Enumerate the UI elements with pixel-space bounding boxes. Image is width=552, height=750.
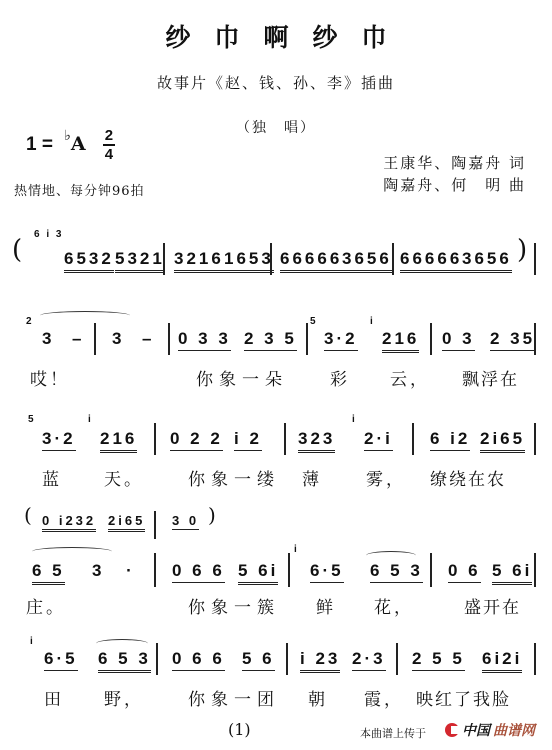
note-group: 6·5 — [310, 561, 344, 583]
grace-note: i — [294, 545, 297, 555]
note-group: 6532 — [64, 249, 114, 273]
accompaniment-notes: 3 0 — [172, 513, 199, 530]
key-equals: = — [42, 134, 53, 155]
logo-icon — [445, 723, 459, 737]
staff-line-3: 5 3·2 i 216 0 2 2 i 2 323 i 2·i 6 i2 2i6… — [12, 405, 540, 500]
staff-line-5: i 6·5 6 5 3 0 6 6 5 6 i 23 2·3 2 5 5 6i2… — [12, 625, 540, 720]
note-group: 6 5 3 — [98, 649, 151, 673]
grace-note: i — [352, 415, 355, 425]
note-group: 5 6i — [492, 561, 532, 585]
barline — [94, 323, 96, 355]
note-group: 6i2i — [482, 649, 522, 673]
note-group: 66666 — [400, 249, 462, 273]
time-signature: 2 4 — [103, 128, 115, 162]
logo-text-b: 曲谱网 — [493, 720, 535, 740]
accompaniment-notes: 2i65 — [108, 513, 145, 532]
lyric: 盛开在 — [464, 593, 521, 618]
note-group: 6·5 — [44, 649, 78, 671]
note-group: 66666 — [280, 249, 342, 273]
note-group: 0 6 — [448, 561, 481, 583]
barline — [168, 323, 170, 355]
open-paren: ( — [12, 235, 22, 265]
barline — [154, 423, 156, 455]
tempo-marking: 热情地、每分钟96拍 — [14, 180, 145, 199]
barline — [154, 553, 156, 587]
note-group: 2 5 5 — [412, 649, 465, 671]
barline — [534, 243, 536, 275]
note-group: 2·i — [364, 429, 393, 451]
barline — [534, 323, 536, 355]
note-group: 6 5 3 — [370, 561, 423, 583]
note-group: 3216 — [174, 249, 224, 273]
barline — [154, 511, 156, 539]
barline — [534, 553, 536, 587]
close-paren: ) — [517, 235, 527, 265]
note-group: 6 i2 — [430, 429, 470, 451]
lyric: 哎！ — [30, 365, 70, 390]
lyric: 飘浮在 — [462, 365, 519, 390]
composer: 陶嘉舟、何 明 曲 — [383, 174, 526, 196]
note-group: 2i65 — [480, 429, 525, 453]
note-group: 5321 — [115, 249, 165, 273]
lyric: 薄 — [302, 465, 322, 490]
open-paren: ( — [24, 503, 32, 527]
key-note: A — [71, 133, 86, 155]
note-group: 2 3 5 — [244, 329, 297, 351]
barline — [396, 643, 398, 675]
close-paren: ) — [208, 503, 216, 527]
lyric: 野， — [104, 685, 144, 710]
barline — [412, 423, 414, 455]
lyric: 云， — [390, 365, 430, 390]
staff-line-4: ( 0 i232 2i65 3 0 ) 6 5 3 · 0 6 6 5 6i i… — [12, 505, 540, 615]
lyric: 映红了我脸 — [416, 685, 511, 710]
barline — [286, 643, 288, 675]
note-group: 6 5 — [32, 561, 65, 585]
note-group: 1653 — [224, 249, 274, 273]
source-label: 本曲谱上传于 — [360, 725, 426, 741]
grace-note: i — [370, 317, 373, 327]
time-bottom: 4 — [103, 147, 115, 162]
accompaniment-notes: 0 i232 — [42, 513, 96, 532]
note-group: 323 — [298, 429, 335, 453]
barline — [430, 553, 432, 587]
credits: 王康华、陶嘉舟 词 陶嘉舟、何 明 曲 — [383, 152, 526, 196]
note-group: 3656 — [462, 249, 512, 273]
note-group: 0 3 — [442, 329, 475, 351]
barline — [534, 643, 536, 675]
note-group: 216 — [382, 329, 419, 353]
note-group: 3 — [112, 329, 124, 349]
barline — [156, 643, 158, 675]
grace-note: i — [30, 637, 33, 647]
note-group: 3·2 — [324, 329, 358, 351]
barline — [392, 243, 394, 275]
note-group: 3656 — [342, 249, 392, 273]
flat-icon: ♭ — [64, 127, 71, 143]
grace-notes: 6 i 3 — [34, 230, 63, 240]
lyric: 霞， — [364, 685, 404, 710]
lyric: 你象一团 — [188, 685, 280, 710]
barline — [430, 323, 432, 355]
lyric: 天。 — [104, 465, 144, 490]
note-group: 3 · — [92, 561, 142, 581]
grace-note: i — [88, 415, 91, 425]
note-group: 0 3 3 — [178, 329, 231, 351]
slur — [366, 551, 416, 560]
page-number: (1) — [228, 720, 251, 739]
barline — [306, 323, 308, 355]
lyric: 花， — [374, 593, 414, 618]
lyric: 朝 — [308, 685, 328, 710]
song-title: 纱巾啊纱巾 — [0, 18, 552, 54]
note-group: 5 6i — [238, 561, 278, 585]
key-signature: 1 = ♭A 2 4 — [26, 128, 115, 162]
staff-line-2: 2 3 – 3 – 0 3 3 2 3 5 5 3·2 i 216 0 3 2 … — [12, 305, 540, 400]
note-group: 0 6 6 — [172, 561, 225, 583]
note-group: 3 — [42, 329, 69, 349]
note-group: – — [142, 329, 154, 349]
lyric: 庄。 — [26, 593, 66, 618]
grace-note: 2 — [26, 317, 32, 327]
tie — [40, 311, 130, 320]
note-group: 3·2 — [42, 429, 76, 451]
lyric: 鲜 — [316, 593, 336, 618]
subtitle: 故事片《赵、钱、孙、李》插曲 — [0, 72, 552, 93]
note-group: 5 6 — [242, 649, 275, 671]
lyric: 田 — [44, 685, 64, 710]
lyricist: 王康华、陶嘉舟 词 — [383, 152, 526, 174]
slur — [96, 639, 148, 648]
barline — [270, 243, 272, 275]
lyric: 你象一簇 — [188, 593, 280, 618]
lyric: 雾， — [366, 465, 406, 490]
grace-note: 5 — [310, 317, 316, 327]
note-group: 216 — [100, 429, 137, 453]
note-group: i 2 — [234, 429, 262, 451]
barline — [163, 243, 165, 275]
barline — [534, 423, 536, 455]
lyric: 彩 — [330, 365, 350, 390]
slur — [32, 547, 112, 556]
site-logo[interactable]: 中国曲谱网 — [445, 720, 535, 740]
lyric: 你象一朵 — [196, 365, 288, 390]
lyric: 缭绕在农 — [430, 465, 506, 490]
time-top: 2 — [103, 128, 115, 143]
note-group: 2 35 — [490, 329, 535, 351]
note-group: 0 6 6 — [172, 649, 225, 671]
barline — [288, 553, 290, 587]
barline — [284, 423, 286, 455]
logo-text-a: 中国 — [462, 720, 490, 740]
note-group: i 23 — [300, 649, 340, 673]
note-group: 0 2 2 — [170, 429, 223, 451]
lyric: 你象一缕 — [188, 465, 280, 490]
note-group: – — [72, 329, 84, 349]
note-group: 2·3 — [352, 649, 386, 671]
key-tonic: 1 — [26, 134, 37, 155]
lyric: 蓝 — [42, 465, 62, 490]
grace-note: 5 — [28, 415, 34, 425]
